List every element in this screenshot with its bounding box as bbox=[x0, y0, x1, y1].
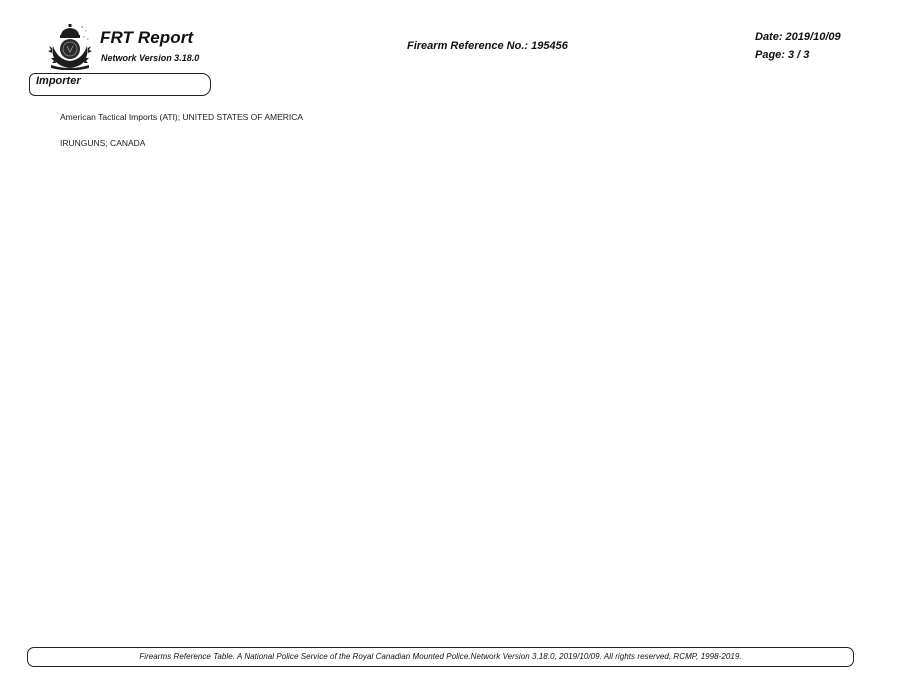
firearm-reference-number: Firearm Reference No.: 195456 bbox=[407, 40, 568, 52]
section-label: Importer bbox=[36, 75, 81, 87]
report-date: Date: 2019/10/09 bbox=[755, 31, 841, 43]
importer-section-header: Importer bbox=[29, 73, 211, 96]
report-title: FRT Report bbox=[100, 28, 193, 48]
importer-item: IRUNGUNS; CANADA bbox=[60, 138, 145, 148]
network-version: Network Version 3.18.0 bbox=[101, 53, 199, 63]
rcmp-crest-icon bbox=[47, 22, 93, 70]
importer-item: American Tactical Imports (ATI); UNITED … bbox=[60, 112, 303, 122]
page-number: Page: 3 / 3 bbox=[755, 49, 809, 61]
footer: Firearms Reference Table. A National Pol… bbox=[27, 647, 854, 667]
footer-text: Firearms Reference Table. A National Pol… bbox=[28, 652, 853, 661]
